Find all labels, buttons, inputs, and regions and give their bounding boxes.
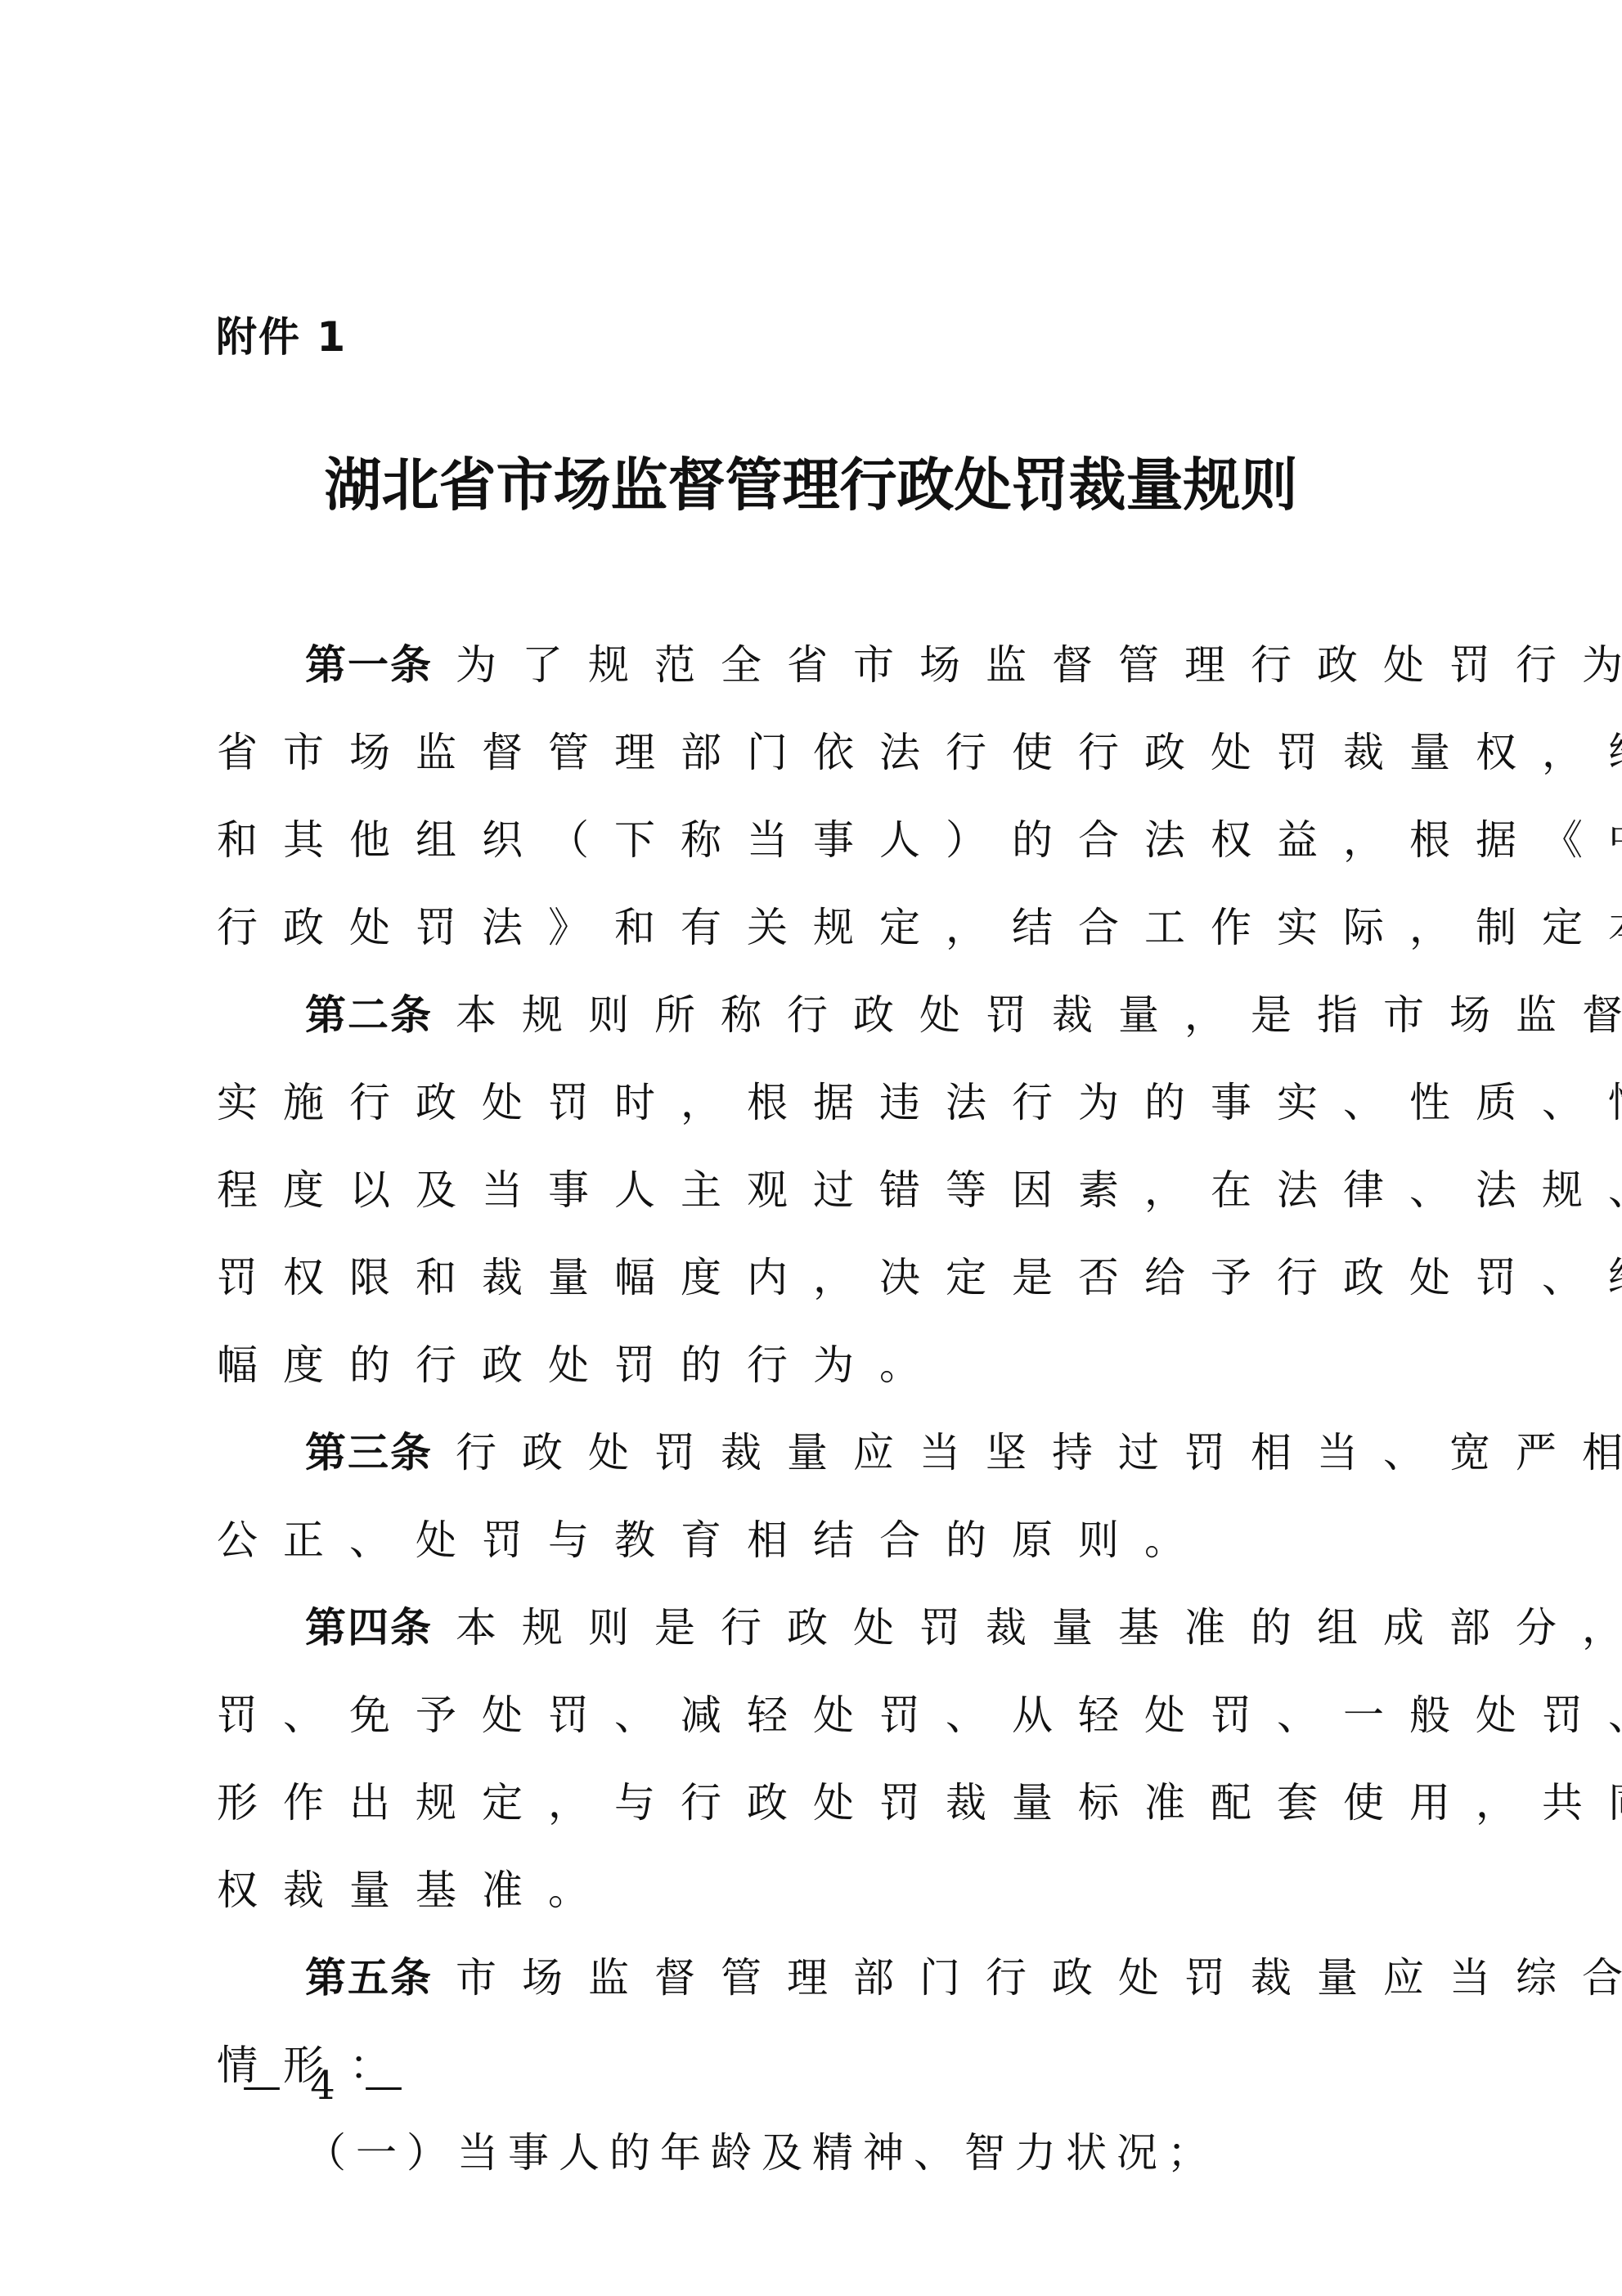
- article-line: 第四条本规则是行政处罚裁量基准的组成部分，对不予处: [217, 1584, 1444, 1672]
- article-line: 第一条为了规范全省市场监督管理行政处罚行为，保障全: [217, 622, 1444, 709]
- article-line: 权裁量基准。: [217, 1847, 1444, 1934]
- article-line: 罚、免予处罚、减轻处罚、从轻处罚、一般处罚、从重处罚的情: [217, 1672, 1444, 1759]
- article-label: 第二条: [305, 991, 433, 1039]
- article-label: 第三条: [305, 1429, 433, 1476]
- article-1: 第一条为了规范全省市场监督管理行政处罚行为，保障全 省市场监督管理部门依法行使行…: [217, 622, 1444, 972]
- article-line: 和其他组织（下称当事人）的合法权益，根据《中华人民共和国: [217, 797, 1444, 884]
- article-4: 第四条本规则是行政处罚裁量基准的组成部分，对不予处 罚、免予处罚、减轻处罚、从轻…: [217, 1584, 1444, 1934]
- article-line: 公正、处罚与教育相结合的原则。: [217, 1497, 1444, 1584]
- article-line: 第三条行政处罚裁量应当坚持过罚相当、宽严相济、公平: [217, 1409, 1444, 1497]
- article-2: 第二条本规则所称行政处罚裁量，是指市场监督管理部门 实施行政处罚时，根据违法行为…: [217, 972, 1444, 1409]
- article-line: 幅度的行政处罚的行为。: [217, 1322, 1444, 1409]
- article-3: 第三条行政处罚裁量应当坚持过罚相当、宽严相济、公平 公正、处罚与教育相结合的原则…: [217, 1409, 1444, 1584]
- document-body: 第一条为了规范全省市场监督管理行政处罚行为，保障全 省市场监督管理部门依法行使行…: [217, 622, 1444, 2197]
- article-line: 实施行政处罚时，根据违法行为的事实、性质、情节、社会危害: [217, 1059, 1444, 1147]
- article-text: 行政处罚裁量应当坚持过罚相当、宽严相济、公平: [456, 1429, 1622, 1476]
- article-label: 第五条: [305, 1954, 433, 2002]
- document-page: 附件 1 湖北省市场监督管理行政处罚裁量规则 第一条为了规范全省市场监督管理行政…: [0, 0, 1622, 2296]
- article-label: 第一条: [305, 641, 433, 689]
- article-line: 第二条本规则所称行政处罚裁量，是指市场监督管理部门: [217, 972, 1444, 1059]
- article-line: 罚权限和裁量幅度内，决定是否给予行政处罚、给予何种种类和: [217, 1234, 1444, 1322]
- document-title: 湖北省市场监督管理行政处罚裁量规则: [0, 448, 1622, 522]
- article-line: 行政处罚法》和有关规定，结合工作实际，制定本规则。: [217, 884, 1444, 972]
- attachment-label: 附件 1: [216, 312, 347, 362]
- page-number: — 4 —: [242, 2061, 411, 2110]
- article-text: 本规则是行政处罚裁量基准的组成部分，对不予处: [456, 1604, 1622, 1651]
- list-item: （一）当事人的年龄及精神、智力状况；: [217, 2110, 1444, 2197]
- article-line: 第五条市场监督管理部门行政处罚裁量应当综合考虑以下: [217, 1934, 1444, 2022]
- article-line: 省市场监督管理部门依法行使行政处罚裁量权，维护公民、法人: [217, 709, 1444, 797]
- article-text: 本规则所称行政处罚裁量，是指市场监督管理部门: [456, 991, 1622, 1039]
- article-text: 市场监督管理部门行政处罚裁量应当综合考虑以下: [456, 1954, 1622, 2002]
- item-list: （一）当事人的年龄及精神、智力状况；: [217, 2110, 1444, 2197]
- article-text: 为了规范全省市场监督管理行政处罚行为，保障全: [456, 641, 1622, 689]
- article-line: 形作出规定，与行政处罚裁量标准配套使用，共同组成行政处罚: [217, 1759, 1444, 1847]
- article-line: 程度以及当事人主观过错等因素，在法律、法规、规章规定的处: [217, 1147, 1444, 1234]
- article-label: 第四条: [305, 1604, 433, 1651]
